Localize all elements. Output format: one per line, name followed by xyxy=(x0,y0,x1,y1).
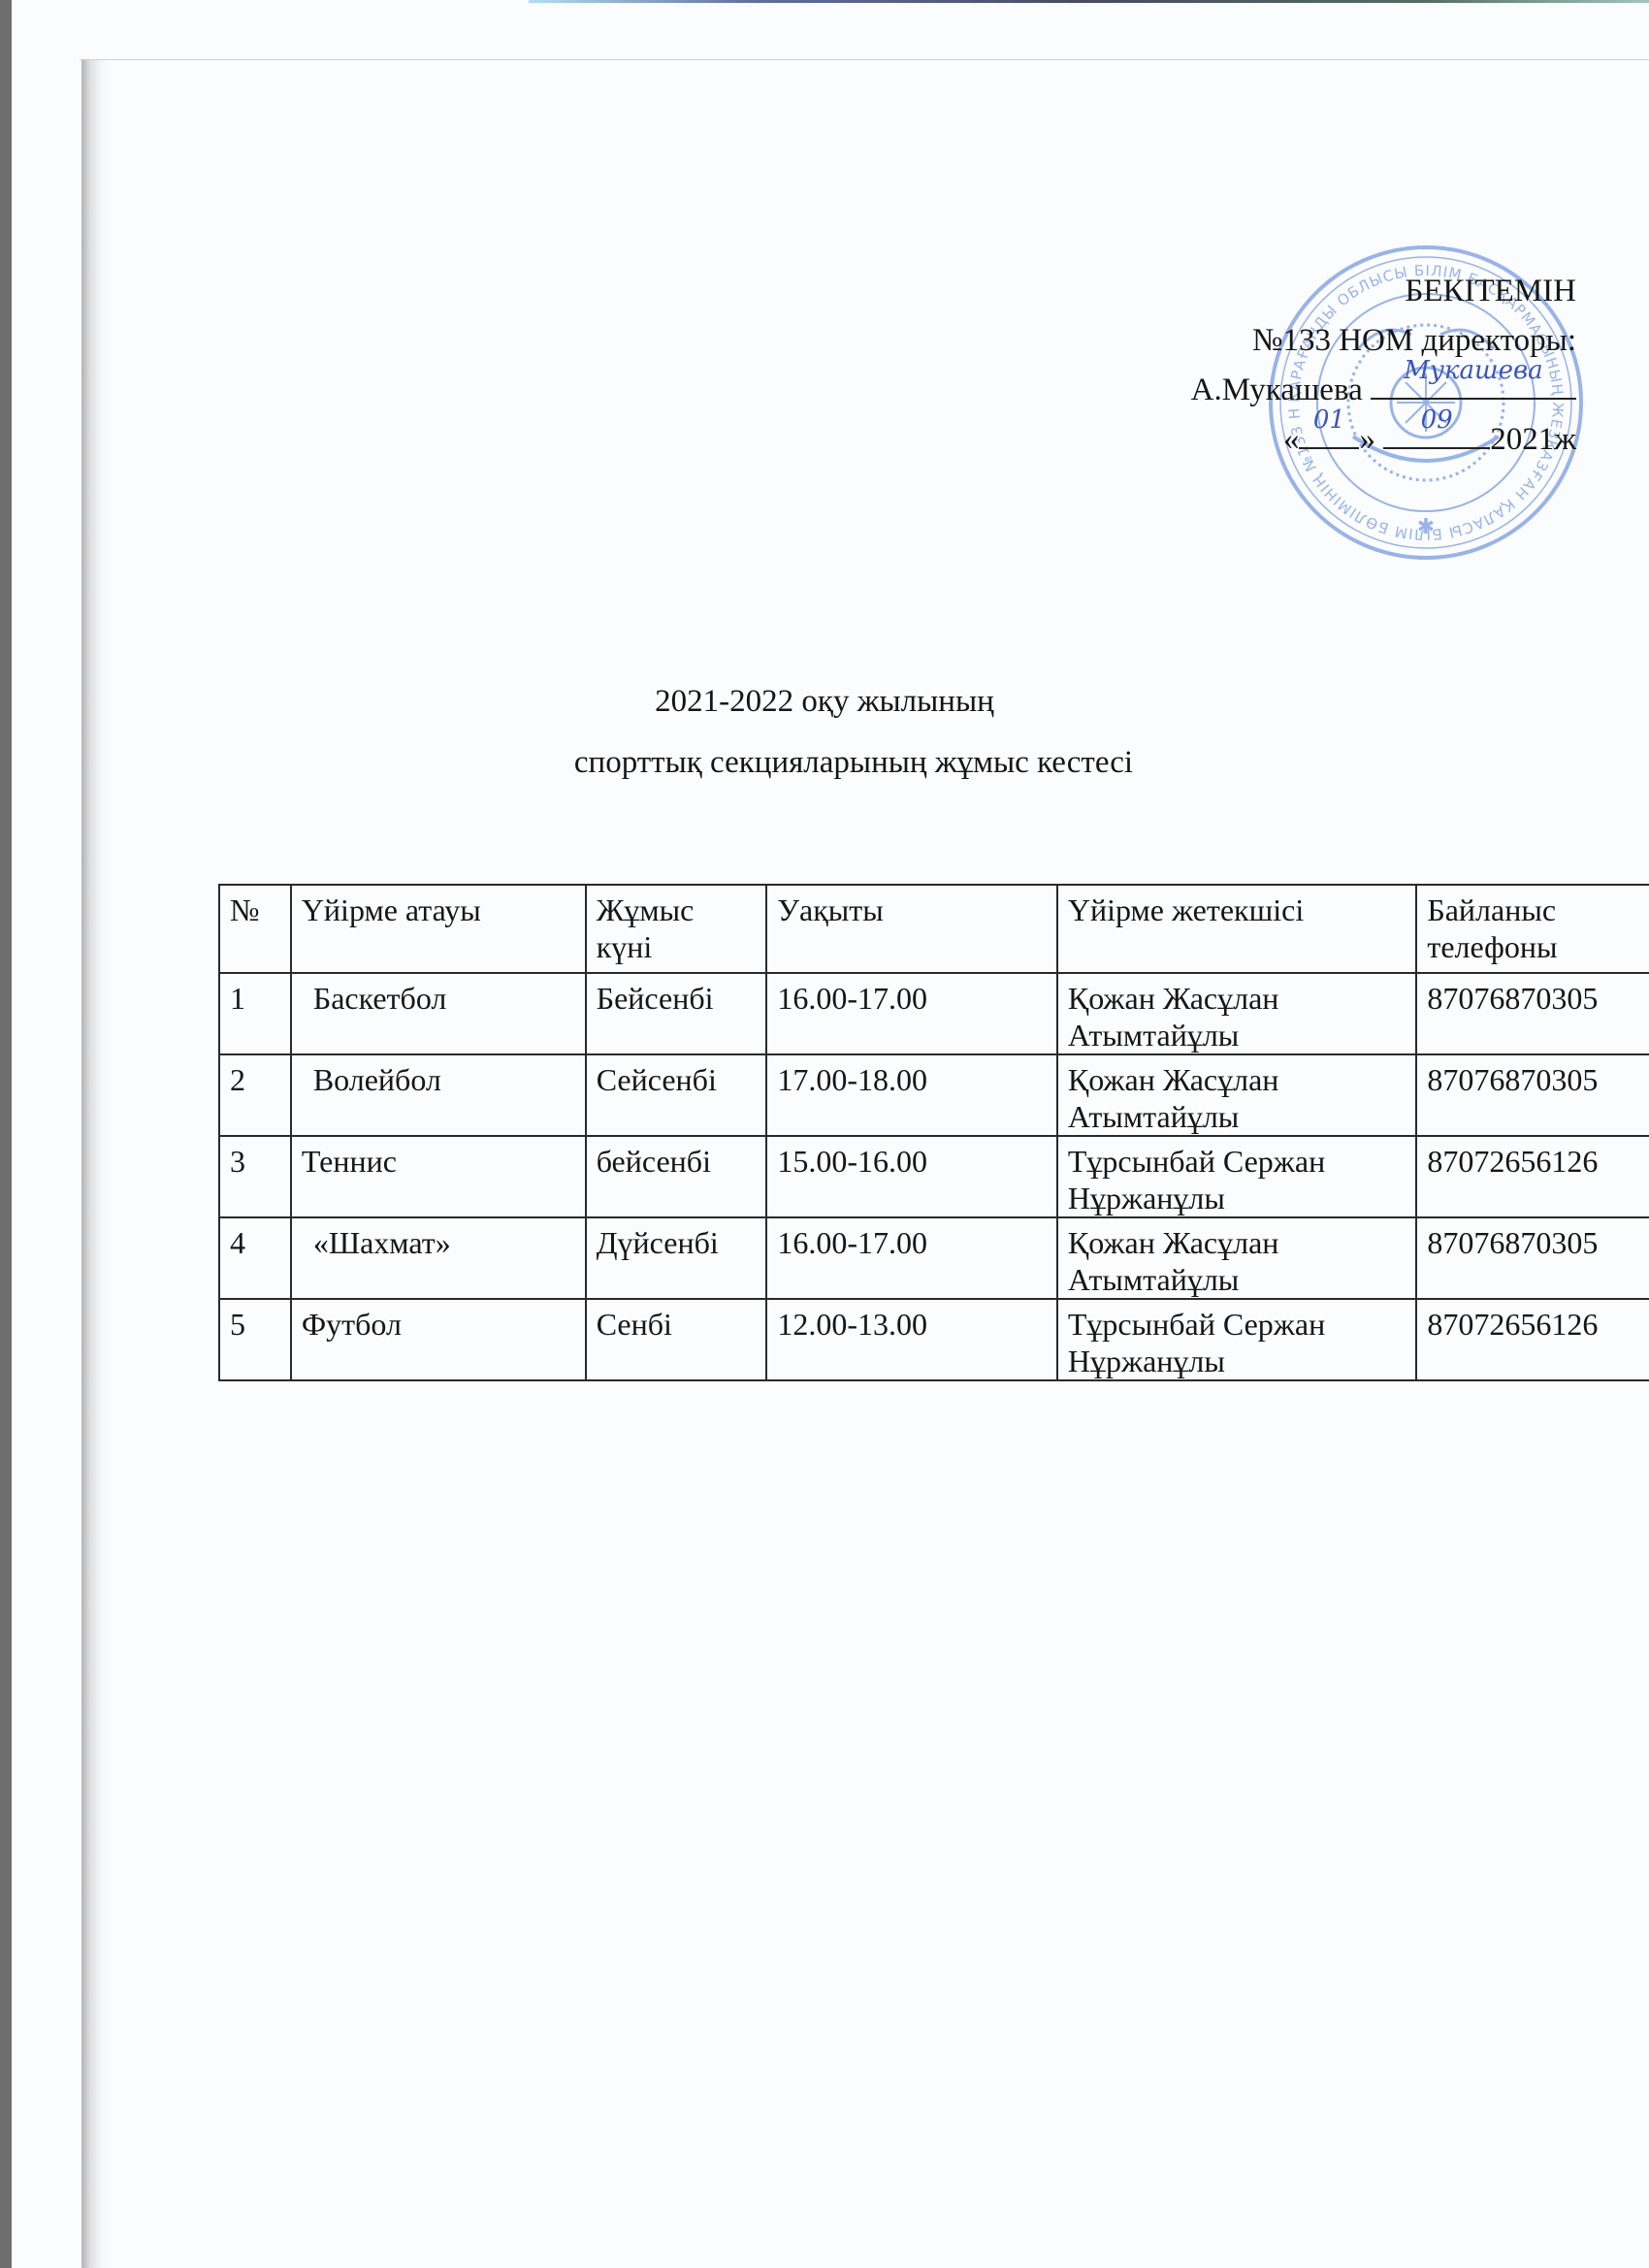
date-close-quote: » xyxy=(1359,422,1375,457)
header-contact-phone: Байланыс телефоны xyxy=(1416,885,1649,973)
approval-date: «01» 092021ж xyxy=(1191,415,1576,465)
club-leader: Тұрсынбай Сержан Нұржанұлы xyxy=(1057,1299,1416,1380)
header-club-name: Үйірме атауы xyxy=(291,885,586,973)
header-number: № xyxy=(219,885,291,973)
work-day: Сейсенбі xyxy=(586,1054,767,1136)
date-day: 01 xyxy=(1299,396,1359,445)
row-number: 4 xyxy=(219,1217,291,1299)
date-year: 2021ж xyxy=(1490,422,1576,457)
scanner-edge-strip xyxy=(0,0,12,2268)
row-number: 1 xyxy=(219,973,291,1054)
work-day: Дүйсенбі xyxy=(586,1217,767,1299)
contact-phone: 87072656126 xyxy=(1416,1299,1649,1380)
table-row: 5 Футбол Сенбі 12.00-13.00 Тұрсынбай Сер… xyxy=(219,1299,1649,1380)
contact-phone: 87072656126 xyxy=(1416,1136,1649,1217)
approval-heading: БЕКІТЕМІН xyxy=(1191,267,1576,316)
time: 16.00-17.00 xyxy=(766,1217,1057,1299)
date-month-field: 09 xyxy=(1383,418,1490,449)
contact-phone: 87076870305 xyxy=(1416,973,1649,1054)
document-title-line1: 2021-2022 оқу жылының xyxy=(0,684,1649,720)
club-leader: Қожан Жасұлан Атымтайұлы xyxy=(1057,973,1416,1054)
header-time: Уақыты xyxy=(766,885,1057,973)
contact-phone: 87076870305 xyxy=(1416,1054,1649,1136)
club-leader: Қожан Жасұлан Атымтайұлы xyxy=(1057,1054,1416,1136)
svg-text:✱: ✱ xyxy=(1417,514,1435,538)
club-leader: Қожан Жасұлан Атымтайұлы xyxy=(1057,1217,1416,1299)
date-open-quote: « xyxy=(1283,422,1300,457)
row-number: 3 xyxy=(219,1136,291,1217)
header-work-day: Жұмыс күні xyxy=(586,885,767,973)
row-number: 5 xyxy=(219,1299,291,1380)
schedule-table: № Үйірме атауы Жұмыс күні Уақыты Үйірме … xyxy=(218,884,1649,1381)
date-month: 09 xyxy=(1383,396,1490,445)
date-day-field: 01 xyxy=(1299,418,1359,449)
contact-phone: 87076870305 xyxy=(1416,1217,1649,1299)
signature: Mукашева xyxy=(1371,346,1576,396)
table-row: 2 Волейбол Сейсенбі 17.00-18.00 Қожан Жа… xyxy=(219,1054,1649,1136)
time: 16.00-17.00 xyxy=(766,973,1057,1054)
scanner-top-edge xyxy=(529,0,1649,3)
table-row: 1 Баскетбол Бейсенбі 16.00-17.00 Қожан Ж… xyxy=(219,973,1649,1054)
club-name: Волейбол xyxy=(291,1054,586,1136)
club-name: Футбол xyxy=(291,1299,586,1380)
table-header-row: № Үйірме атауы Жұмыс күні Уақыты Үйірме … xyxy=(219,885,1649,973)
approval-block: БЕКІТЕМІН №133 НОМ директоры: А.Мукашева… xyxy=(1191,267,1576,465)
sheet-left-shadow xyxy=(81,60,111,2268)
club-name: Баскетбол xyxy=(291,973,586,1054)
document-title-line2: спорттық секцияларының жұмыс кестесі xyxy=(29,745,1649,781)
work-day: бейсенбі xyxy=(586,1136,767,1217)
time: 12.00-13.00 xyxy=(766,1299,1057,1380)
time: 17.00-18.00 xyxy=(766,1054,1057,1136)
work-day: Сенбі xyxy=(586,1299,767,1380)
club-leader: Тұрсынбай Сержан Нұржанұлы xyxy=(1057,1136,1416,1217)
club-name: Теннис xyxy=(291,1136,586,1217)
work-day: Бейсенбі xyxy=(586,973,767,1054)
sheet-top-edge xyxy=(80,59,1649,60)
club-name: «Шахмат» xyxy=(291,1217,586,1299)
table-row: 3 Теннис бейсенбі 15.00-16.00 Тұрсынбай … xyxy=(219,1136,1649,1217)
table-row: 4 «Шахмат» Дүйсенбі 16.00-17.00 Қожан Жа… xyxy=(219,1217,1649,1299)
row-number: 2 xyxy=(219,1054,291,1136)
time: 15.00-16.00 xyxy=(766,1136,1057,1217)
header-club-leader: Үйірме жетекшісі xyxy=(1057,885,1416,973)
